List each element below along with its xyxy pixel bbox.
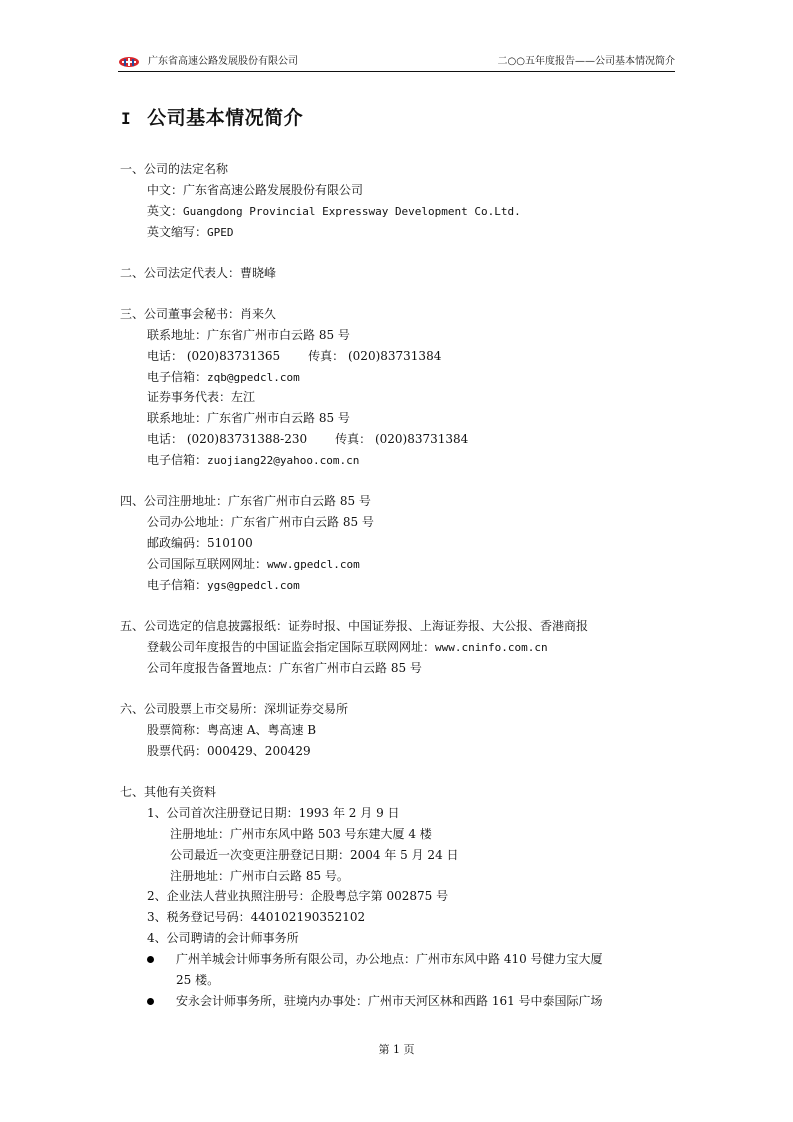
phone: 电话： (020)83731388-230 [147,432,307,446]
s3-email: 电子信箱：zqb@gpedcl.com [147,369,300,386]
s7-item2: 2、企业法人营业执照注册号：企股粤总字第 002875 号 [147,888,448,904]
bullet-icon [147,998,154,1005]
s4-website: 公司国际互联网网址：www.gpedcl.com [147,556,360,573]
s5-web: 登载公司年度报告的中国证监会指定国际互联网网址：www.cninfo.com.c… [147,639,548,656]
section-title: 公司基本情况简介 [147,107,303,129]
value: 广东省高速公路发展股份有限公司 [183,183,363,197]
website-link[interactable]: www.cninfo.com.cn [435,641,548,654]
s4-heading: 四、公司注册地址：广东省广州市白云路 85 号 [120,493,371,509]
s3-address: 联系地址：广东省广州市白云路 85 号 [147,327,350,343]
label: 英文缩写： [147,225,207,239]
s3-heading: 三、公司董事会秘书：肖来久 [120,306,276,322]
s3-rep-email: 电子信箱：zuojiang22@yahoo.com.cn [147,452,359,469]
email-link[interactable]: zuojiang22@yahoo.com.cn [207,454,359,467]
website-link[interactable]: www.gpedcl.com [267,558,360,571]
s3-rep-phone: 电话： (020)83731388-230传真： (020)83731384 [147,431,468,447]
fax: 传真： (020)83731384 [335,432,468,446]
s1-heading: 一、公司的法定名称 [120,161,228,177]
page-number: 第 1 页 [0,1041,793,1057]
s3-rep-address: 联系地址：广东省广州市白云路 85 号 [147,410,350,426]
s1-en-name: 英文：Guangdong Provincial Expressway Devel… [147,203,521,220]
s7-item1-change: 公司最近一次变更注册登记日期：2004 年 5 月 24 日 [170,847,459,863]
s7-item1: 1、公司首次注册登记日期：1993 年 2 月 9 日 [147,805,400,821]
s4-email: 电子信箱：ygs@gpedcl.com [147,577,300,594]
s7-heading: 七、其他有关资料 [120,784,216,800]
label: 公司国际互联网网址： [147,557,267,571]
value: GPED [207,226,234,239]
fax: 传真： (020)83731384 [308,349,441,363]
label: 登载公司年度报告的中国证监会指定国际互联网网址： [147,640,435,654]
bullet-text: 安永会计师事务所，驻境内办事处：广州市天河区林和西路 161 号中泰国际广场 [176,993,676,1009]
s7-item1-addr: 注册地址：广州市东风中路 503 号东建大厦 4 楼 [170,826,432,842]
s7-item4: 4、公司聘请的会计师事务所 [147,930,299,946]
label: 电子信箱： [147,578,207,592]
s6-code: 股票代码：000429、200429 [147,743,311,759]
s7-item3: 3、税务登记号码：440102190352102 [147,909,365,925]
bullet-icon [147,956,154,963]
label: 英文： [147,204,183,218]
page-title: I公司基本情况简介 [121,103,303,130]
header-left: 广东省高速公路发展股份有限公司 [118,52,298,71]
s6-heading: 六、公司股票上市交易所：深圳证券交易所 [120,701,348,717]
s5-place: 公司年度报告备置地点：广东省广州市白云路 85 号 [147,660,422,676]
label: 电子信箱： [147,453,207,467]
s3-rep: 证券事务代表：左江 [147,389,255,405]
bullet-continuation: 25 楼。 [176,972,219,988]
label: 电子信箱： [147,370,207,384]
s4-postcode: 邮政编码：510100 [147,535,253,551]
s3-phone: 电话： (020)83731365传真： (020)83731384 [147,348,441,364]
s1-en-abbr: 英文缩写：GPED [147,224,234,241]
email-link[interactable]: zqb@gpedcl.com [207,371,300,384]
phone: 电话： (020)83731365 [147,349,280,363]
company-logo-icon [118,56,140,68]
s5-heading: 五、公司选定的信息披露报纸：证券时报、中国证券报、上海证券报、大公报、香港商报 [120,618,588,634]
header-report-title: 二○○五年度报告——公司基本情况简介 [498,52,675,71]
s2-heading: 二、公司法定代表人：曹晓峰 [120,265,276,281]
section-number: I [121,109,131,128]
s6-abbr: 股票简称：粤高速 A、粤高速 B [147,722,316,738]
s1-cn-name: 中文：广东省高速公路发展股份有限公司 [147,182,363,198]
label: 中文： [147,183,183,197]
s7-item1-addr2: 注册地址：广州市白云路 85 号。 [170,868,349,884]
value: Guangdong Provincial Expressway Developm… [183,205,521,218]
page-header: 广东省高速公路发展股份有限公司 二○○五年度报告——公司基本情况简介 [118,52,675,72]
email-link[interactable]: ygs@gpedcl.com [207,579,300,592]
s4-office: 公司办公地址：广东省广州市白云路 85 号 [147,514,374,530]
header-company-name: 广东省高速公路发展股份有限公司 [148,52,298,71]
bullet-text: 广州羊城会计师事务所有限公司，办公地点：广州市东风中路 410 号健力宝大厦 [176,951,676,967]
